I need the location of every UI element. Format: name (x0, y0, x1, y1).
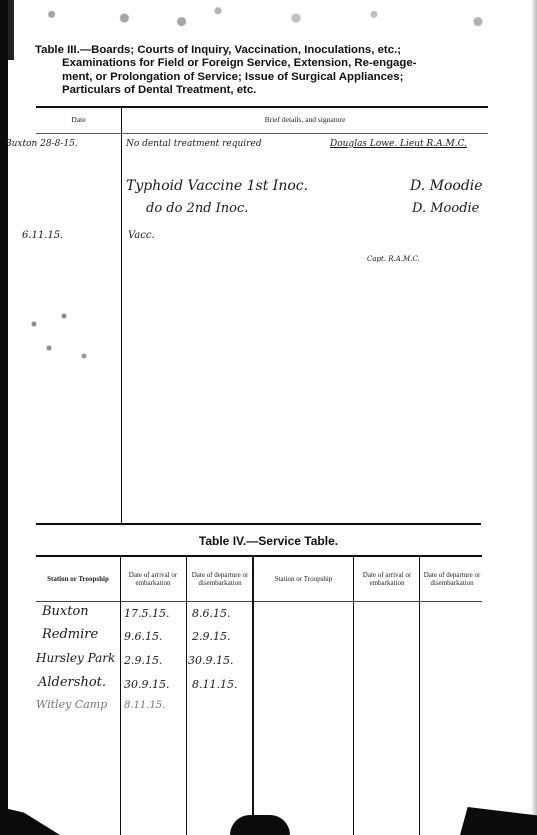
page-edge-right (531, 0, 537, 835)
row-1-arrival: 17.5.15. (124, 607, 169, 620)
row-5-station: Witley Camp (36, 698, 107, 711)
entry-1-date: Buxton 28-8-15. (5, 139, 78, 149)
entry-3-details: do do 2nd Inoc. (146, 201, 248, 216)
table3-column-divider (121, 106, 122, 524)
row-2-station: Redmire (42, 627, 98, 642)
table4-col-divider-4 (353, 556, 354, 835)
table3-title-line-2: Examinations for Field or Foreign Servic… (35, 57, 505, 70)
row-1-departure: 8.6.15. (192, 607, 230, 620)
table4-header-arrival-1: Date of arrival or embarkation (124, 557, 182, 601)
page-damage-bottom-right (460, 807, 537, 835)
entry-3-signature: D. Moodie (412, 201, 479, 216)
table4-header-station-2: Station or Troopship (254, 557, 353, 601)
row-2-departure: 2.9.15. (192, 630, 230, 643)
table3-title: Table III.—Boards; Courts of Inquiry, Va… (35, 44, 505, 97)
table3-title-line-3: ment, or Prolongation of Service; Issue … (35, 71, 505, 84)
entry-2-details: Typhoid Vaccine 1st Inoc. (126, 178, 308, 194)
table4-header-departure-1: Date of departure or disembarkation (189, 557, 251, 601)
table3-title-line-1: Table III.—Boards; Courts of Inquiry, Va… (35, 44, 401, 56)
table4-header-arrival-2: Date of arrival or embarkation (358, 557, 416, 601)
row-4-station: Aldershot. (38, 675, 106, 690)
row-5-arrival: 8.11.15. (124, 700, 165, 711)
row-4-arrival: 30.9.15. (124, 678, 169, 691)
table3-header-rule (36, 133, 488, 134)
table4-header-departure-2: Date of departure or disembarkation (422, 557, 482, 601)
entry-4-date: 6.11.15. (22, 230, 63, 241)
row-2-arrival: 9.6.15. (124, 630, 162, 643)
table3-bottom-rule (36, 523, 481, 525)
entry-4-details: Vacc. (128, 230, 155, 241)
entry-1-signature: Douglas Lowe. Lieut R.A.M.C. (330, 139, 467, 149)
page-edge-left (0, 0, 8, 835)
table3-title-line-4: Particulars of Dental Treatment, etc. (35, 84, 505, 97)
scan-stains-top (10, 0, 530, 36)
entry-4-signature: Capt. R.A.M.C. (367, 255, 420, 263)
page-edge-left-shadow (8, 0, 14, 60)
row-3-departure: 30.9.15. (188, 654, 233, 667)
table3-header-details: Brief details, and signature (122, 115, 488, 124)
table4-col-divider-2 (186, 556, 187, 835)
table4-col-divider-1 (120, 556, 121, 835)
table3-header-date: Date (36, 115, 121, 124)
entry-1-details: No dental treatment required (126, 139, 262, 149)
entry-2-signature: D. Moodie (410, 178, 483, 194)
row-4-departure: 8.11.15. (192, 678, 237, 691)
row-3-arrival: 2.9.15. (124, 654, 162, 667)
scan-stains-left (14, 300, 114, 380)
row-1-station: Buxton (42, 604, 89, 619)
page-damage-bottom-left (0, 807, 60, 835)
table4-title: Table IV.—Service Table. (0, 534, 537, 548)
page-damage-bottom-mid (230, 815, 290, 835)
table4-col-divider-5 (419, 556, 420, 835)
table4-header-rule (36, 601, 482, 602)
row-3-station: Hursley Park (36, 651, 115, 665)
table4-header-station-1: Station or Troopship (36, 557, 120, 601)
table3-top-rule (36, 106, 488, 108)
